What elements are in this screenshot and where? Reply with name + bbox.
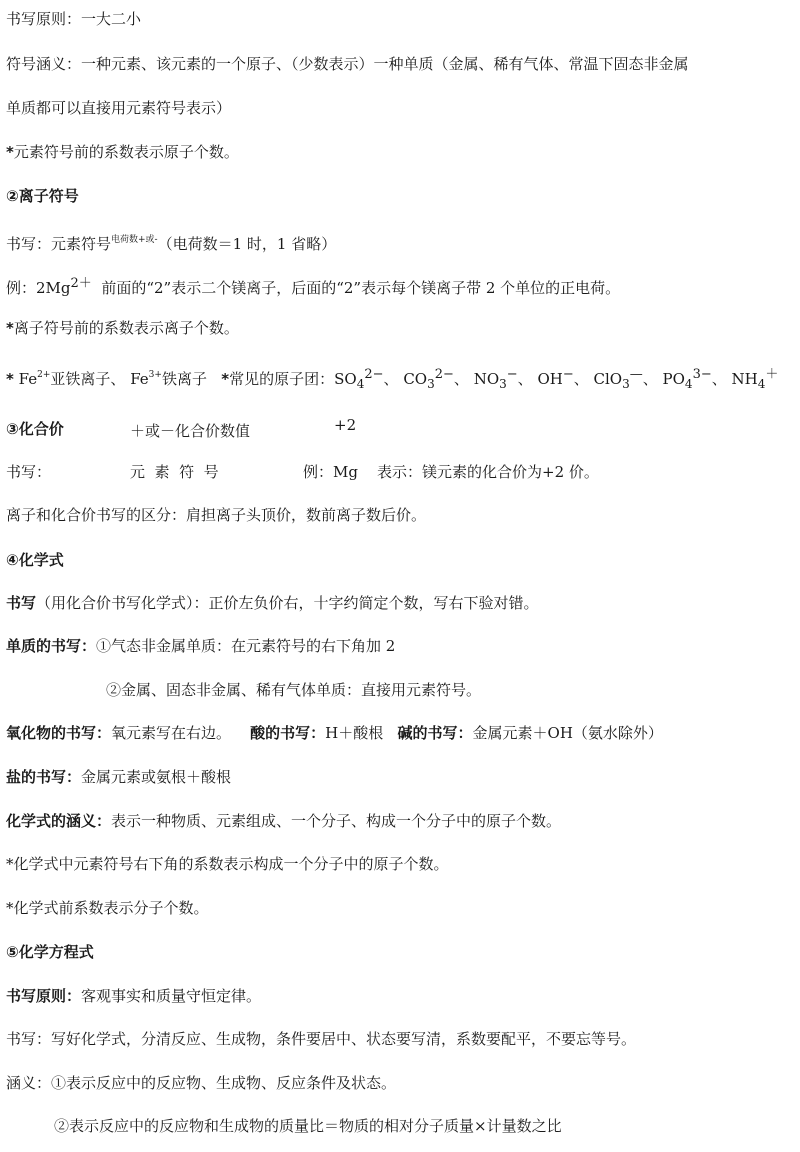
label: 酸的书写： [250,724,325,742]
text: 前面的“2”表示二个镁离子，后面的“2”表示每个镁离子带 2 个单位的正电荷。 [92,279,620,297]
polyatomic-ion-list: SO42−、 CO32−、 NO3−、 OH−、 ClO3—、 PO43−、 N… [334,370,778,388]
text: 氧元素写在右边。 [111,724,231,742]
star-icon: * [6,143,14,161]
charge: 3+ [149,370,162,380]
equation-meaning-line: 涵义：①表示反应中的反应物、生成物、反应条件及状态。 [6,1072,396,1094]
text: 一大二小 [81,10,141,28]
polyatomic-ion: NH4＋ [732,370,779,388]
charge: 2＋ [71,276,92,291]
formula: Fe [19,370,37,388]
star-icon: * [6,899,14,917]
label: 书写原则： [6,10,81,28]
symbol-meaning-line: 符号涵义：一种元素、该元素的一个原子、（少数表示）一种单质（金属、稀有气体、常温… [6,53,689,75]
text: 元素符号前的系数表示原子个数。 [14,143,239,161]
star-icon: * [6,855,14,873]
valence-value: +2 [334,414,356,436]
polyatomic-ion: PO43−、 [663,370,732,388]
valence-symbol: 元 素 符 号 [130,461,219,483]
star-icon: * [6,370,14,388]
equation-principle-line: 书写原则：客观事实和质量守恒定律。 [6,985,261,1007]
label: 书写 [6,594,36,612]
polyatomic-ion: OH−、 [537,370,593,388]
ion-writing-line: 书写：元素符号电荷数+或-（电荷数＝1 时，1 省略） [6,229,336,255]
valence-meaning: 表示：镁元素的化合价为+2 价。 [377,461,599,483]
formula-writing-line: 书写（用化合价书写化学式）：正价左负价右，十字约简定个数，写右下验对错。 [6,592,539,614]
label: 常见的原子团： [229,370,334,388]
text: 化学式前系数表示分子个数。 [14,899,209,917]
section-heading-equation: ⑤化学方程式 [6,941,94,963]
label: 单质的书写： [6,637,96,655]
note-line: *化学式中元素符号右下角的系数表示构成一个分子中的原子个数。 [6,853,449,875]
text: 书写：元素符号 [6,235,111,253]
polyatomic-ion: CO32−、 [403,370,473,388]
section-heading-ion-symbol: ②离子符号 [6,185,79,207]
equation-writing-line: 书写：写好化学式，分清反应、生成物，条件要居中、状态要写清，系数要配平，不要忘等… [6,1028,636,1050]
text: （电荷数＝1 时，1 省略） [158,235,337,253]
superscript: 电荷数+或- [111,235,158,245]
section-heading-formula: ④化学式 [6,549,64,571]
label: 盐的书写： [6,768,81,786]
valence-example: 例：Mg [303,461,358,483]
polyatomic-ion: NO3−、 [474,370,538,388]
valence-note: ＋或－化合价数值 [130,420,250,442]
text: H＋酸根 [325,724,383,742]
ion-example-line: 例：2Mg2＋ 前面的“2”表示二个镁离子，后面的“2”表示每个镁离子带 2 个… [6,273,620,299]
polyatomic-ion: SO42−、 [334,370,403,388]
text: 亚铁离子、 [50,370,125,388]
note-line: *化学式前系数表示分子个数。 [6,897,209,919]
writing-principle-line: 书写原则：一大二小 [6,8,141,30]
section-heading-valence: ③化合价 [6,418,64,440]
symbol-meaning-line-cont: 单质都可以直接用元素符号表示） [6,97,231,119]
formula: Fe [130,370,148,388]
text: 离子符号前的系数表示离子个数。 [14,319,239,337]
text: ①气态非金属单质：在元素符号的右下角加 2 [96,637,395,655]
common-ions-line: * Fe2+亚铁离子、 Fe3+铁离子 *常见的原子团：SO42−、 CO32−… [6,364,778,395]
text: （用化合价书写化学式）：正价左负价右，十字约简定个数，写右下验对错。 [36,594,539,612]
element-writing-line: 单质的书写：①气态非金属单质：在元素符号的右下角加 2 [6,635,395,657]
text: 化学式中元素符号右下角的系数表示构成一个分子中的原子个数。 [14,855,449,873]
star-icon: * [221,370,229,388]
distinction-line: 离子和化合价书写的区分：肩担离子头顶价，数前离子数后价。 [6,504,426,526]
note-line: *元素符号前的系数表示原子个数。 [6,141,239,163]
text: 铁离子 [162,370,207,388]
label: 书写原则： [6,987,81,1005]
charge: 2+ [37,370,50,380]
polyatomic-ion: ClO3—、 [594,370,663,388]
valence-writing-label: 书写： [6,461,51,483]
text: 金属元素或氨根＋酸根 [81,768,231,786]
element-writing-line-2: ②金属、固态非金属、稀有气体单质：直接用元素符号。 [106,679,481,701]
note-line: *离子符号前的系数表示离子个数。 [6,317,239,339]
equation-meaning-line-2: ②表示反应中的反应物和生成物的质量比＝物质的相对分子质量×计量数之比 [54,1115,562,1137]
formula: 例：2Mg [6,279,71,297]
label: 化学式的涵义： [6,812,111,830]
compound-writing-line: 氧化物的书写：氧元素写在右边。 酸的书写：H＋酸根 碱的书写：金属元素＋OH（氨… [6,722,663,744]
salt-writing-line: 盐的书写：金属元素或氨根＋酸根 [6,766,231,788]
star-icon: * [6,319,14,337]
text: 客观事实和质量守恒定律。 [81,987,261,1005]
text: 金属元素＋OH（氨水除外） [473,724,663,742]
formula-meaning-line: 化学式的涵义：表示一种物质、元素组成、一个分子、构成一个分子中的原子个数。 [6,810,561,832]
label: 碱的书写： [398,724,473,742]
label: 氧化物的书写： [6,724,111,742]
text: 表示一种物质、元素组成、一个分子、构成一个分子中的原子个数。 [111,812,561,830]
